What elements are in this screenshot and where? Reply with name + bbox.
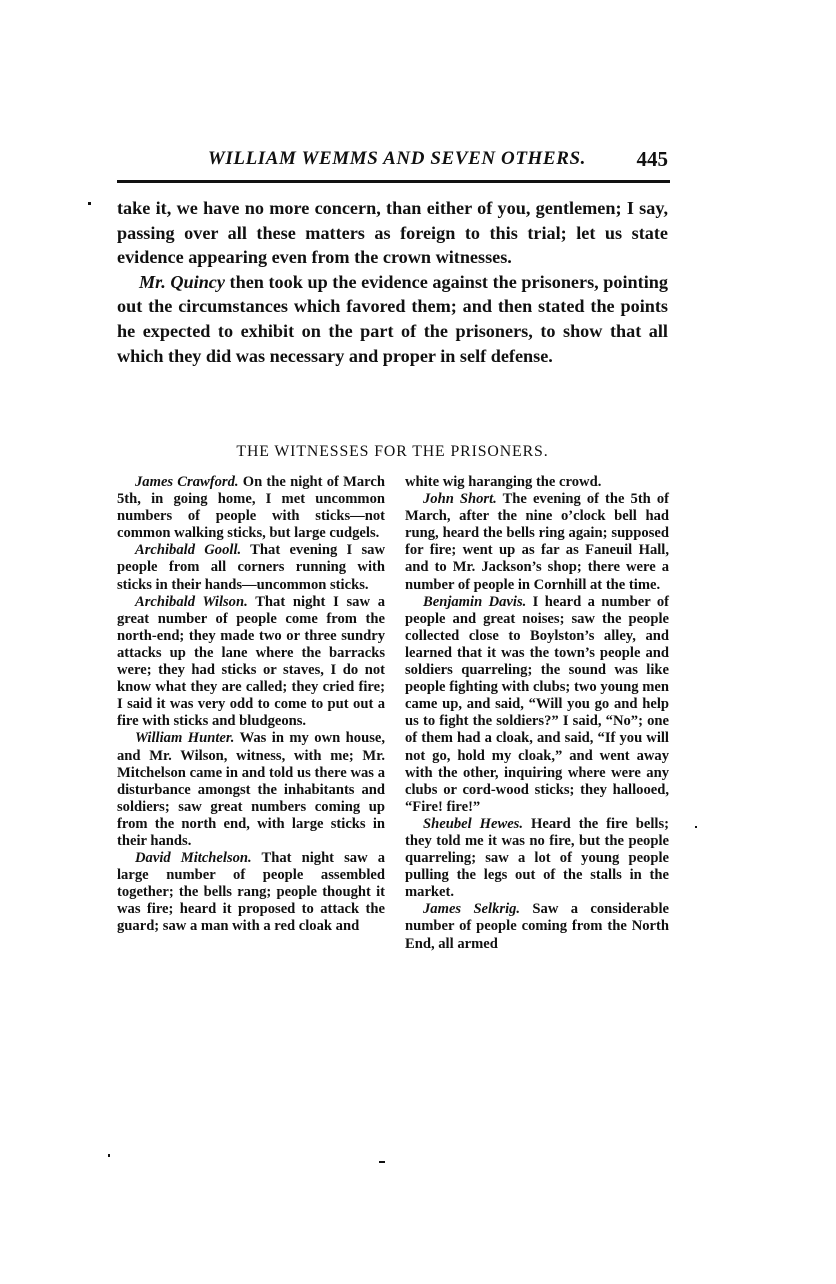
witness-testimony: That night I saw a great number of peopl… <box>117 594 385 730</box>
witness-entry: Archibald Wilson. That night I saw a gre… <box>117 594 385 731</box>
left-column: James Crawford. On the night of March 5t… <box>117 474 385 936</box>
paragraph-continued: take it, we have no more concern, than e… <box>117 196 668 270</box>
scan-speck <box>379 1161 385 1163</box>
witness-entry-continued: white wig haranging the crowd. <box>405 474 669 491</box>
witness-entry: Benjamin Davis. I heard a number of peop… <box>405 594 669 816</box>
witness-entry: Archibald Gooll. That evening I saw peop… <box>117 542 385 593</box>
witness-name: Sheubel Hewes. <box>423 816 523 832</box>
witness-name: John Short. <box>423 491 497 507</box>
body-text: take it, we have no more concern, than e… <box>117 196 668 368</box>
book-page: WILLIAM WEMMS AND SEVEN OTHERS. 445 take… <box>0 0 836 1284</box>
running-head: WILLIAM WEMMS AND SEVEN OTHERS. 445 <box>117 146 668 172</box>
page-number: 445 <box>637 147 669 172</box>
witness-entry: James Crawford. On the night of March 5t… <box>117 474 385 542</box>
running-title: WILLIAM WEMMS AND SEVEN OTHERS. <box>208 148 586 170</box>
witness-entry: David Mitchelson. That night saw a large… <box>117 850 385 935</box>
witness-testimony: Was in my own house, and Mr. Wilson, wit… <box>117 730 385 849</box>
scan-speck <box>695 826 697 828</box>
witness-name: Archibald Wilson. <box>135 594 248 610</box>
witness-entry: John Short. The evening of the 5th of Ma… <box>405 491 669 594</box>
scan-speck <box>108 1154 110 1157</box>
witness-name: Benjamin Davis. <box>423 594 526 610</box>
witness-entry: Sheubel Hewes. Heard the fire bells; the… <box>405 816 669 901</box>
speaker-name: Mr. Quincy <box>139 272 225 292</box>
witness-testimony: I heard a number of people and great noi… <box>405 594 669 815</box>
witness-entry: William Hunter. Was in my own house, and… <box>117 730 385 850</box>
scan-speck <box>88 202 91 205</box>
witness-testimony: white wig haranging the crowd. <box>405 474 601 490</box>
witness-name: William Hunter. <box>135 730 234 746</box>
section-heading: THE WITNESSES FOR THE PRISONERS. <box>117 443 668 461</box>
right-column: white wig haranging the crowd. John Shor… <box>405 474 669 953</box>
witness-entry: James Selkrig. Saw a consid­erable numbe… <box>405 901 669 952</box>
witness-name: James Crawford. <box>135 474 239 490</box>
witness-name: James Selkrig. <box>423 901 520 917</box>
paragraph-quincy: Mr. Quincy then took up the evidence aga… <box>117 270 668 368</box>
header-rule <box>117 180 670 183</box>
witness-name: Archibald Gooll. <box>135 542 241 558</box>
witness-name: David Mitchelson. <box>135 850 252 866</box>
